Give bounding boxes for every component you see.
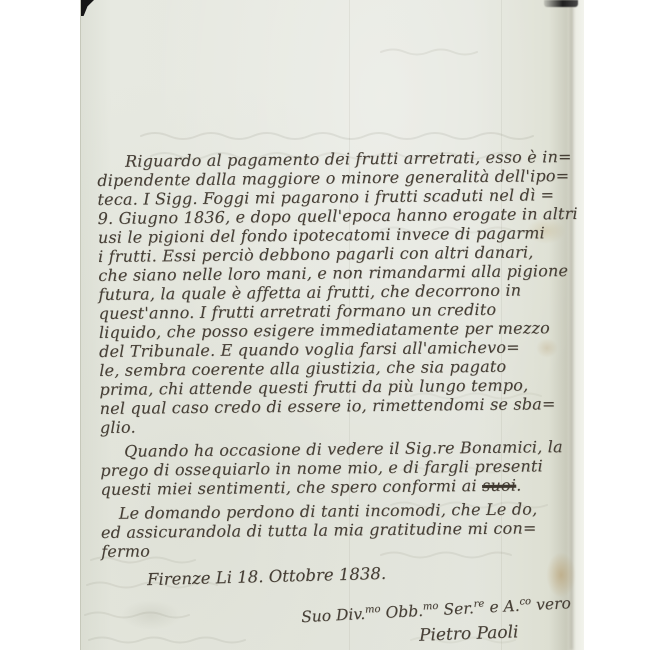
letter-page: Riguardo al pagamento dei frutti arretra… (80, 0, 584, 650)
closing-superscript: mo (365, 604, 381, 616)
struck-out-word: suoi (482, 476, 516, 495)
closing-superscript: re (473, 598, 484, 610)
closing-text: vero (531, 594, 571, 614)
closing-text: e A. (484, 597, 520, 617)
letter-body: Riguardo al pagamento dei frutti arretra… (97, 147, 587, 561)
closing-superscript: mo (423, 601, 439, 613)
closing-text: Suo Div. (301, 605, 366, 626)
letter-scan: Riguardo al pagamento dei frutti arretra… (0, 0, 650, 650)
letter-line-text: questi miei sentimenti, che spero confor… (100, 476, 482, 499)
letter-signature: Pietro Paoli (418, 622, 518, 645)
letter-line-text: . (516, 476, 521, 495)
closing-text: Ser. (438, 599, 474, 619)
closing-text: Obb. (380, 602, 423, 622)
letter-line-with-strikethrough: questi miei sentimenti, che spero confor… (100, 475, 586, 499)
